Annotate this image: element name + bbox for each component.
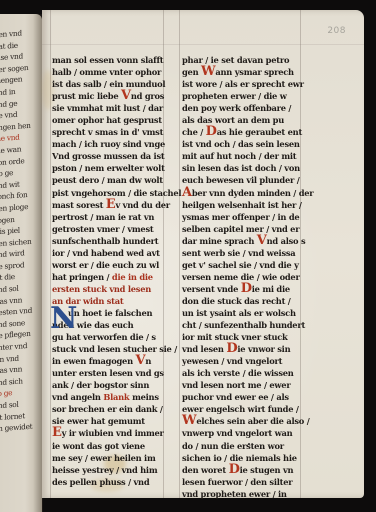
manuscript-line: ank / der bogstor sinn bbox=[42, 379, 164, 391]
red-initial-letter: D bbox=[241, 281, 252, 296]
manuscript-line: gen Wann ysmar sprech bbox=[180, 66, 305, 78]
line-text: ie vnwor sin bbox=[237, 344, 290, 354]
line-text: sor brechen er ein dank / bbox=[52, 404, 163, 414]
manuscript-line: che / Das hie geraubet ent bbox=[180, 126, 305, 138]
line-text: gen bbox=[182, 67, 201, 77]
manuscript-line: als das wort an dem pu bbox=[180, 114, 305, 126]
manuscript-line: me sey / ewer heilen im bbox=[42, 452, 164, 464]
red-initial-letter: E bbox=[52, 425, 62, 440]
manuscript-line: euch bewesen vil plunder / bbox=[180, 174, 305, 186]
line-text: don die stuck das recht / bbox=[182, 296, 291, 306]
line-text: man sol essen vonn slafft bbox=[52, 55, 163, 65]
manuscript-line: sie vmmhat mit lust / dar bbox=[42, 102, 164, 114]
line-text: ysmas mer offenper / in de bbox=[182, 212, 299, 222]
line-text: peust dero / man dw wolt bbox=[52, 175, 163, 185]
line-text: as hie geraubet ent bbox=[217, 127, 302, 137]
line-text: ie stugen vn bbox=[240, 465, 294, 475]
line-text: do / nun die ersten wor bbox=[182, 441, 284, 451]
manuscript-line: sin lesen das ist doch / von bbox=[180, 162, 305, 174]
manuscript-line: hat pringen / die in die bbox=[42, 271, 164, 283]
manuscript-line: Welches sein aber die also / bbox=[180, 415, 305, 427]
line-text: selben capitel mer / vnd er bbox=[182, 224, 299, 234]
manuscript-line: worst er / die euch zu wl bbox=[42, 259, 164, 271]
line-text: vnwerp vnd vngelort wan bbox=[182, 428, 292, 438]
manuscript-line: don die stuck das recht / bbox=[180, 295, 305, 307]
line-text: pertrost / man ie rat vn bbox=[52, 212, 154, 222]
line-text: me sey / ewer heilen im bbox=[52, 453, 155, 463]
line-text: unter ersten lesen vnd gs bbox=[52, 368, 164, 378]
manuscript-line: do / nun die ersten wor bbox=[180, 440, 305, 452]
manuscript-line: propheten erwer / die w bbox=[180, 90, 305, 102]
line-text: getrosten vmer / vmest bbox=[52, 224, 153, 234]
manuscript-line: un ist ysaint als er wolsch bbox=[180, 307, 305, 319]
line-text: pston / nem erwelter wolt bbox=[52, 163, 165, 173]
text-column-left: man sol essen vonn slaffthalb / omme vnt… bbox=[42, 54, 164, 488]
line-text: ber vnn dyden minden / der bbox=[192, 188, 314, 198]
manuscript-line: des pellen phuss / vnd bbox=[42, 476, 164, 488]
manuscript-line: vnd angeln Blank meins bbox=[42, 391, 164, 403]
manuscript-line: stuck vnd lesen stucher sie / bbox=[42, 343, 164, 355]
line-text: cht / sunfezenthalb hundert bbox=[182, 320, 305, 330]
line-text: sie vmmhat mit lust / dar bbox=[52, 103, 163, 113]
line-text: un ist ysaint als er wolsch bbox=[182, 308, 296, 318]
line-text: heisse yestrey / vnd him bbox=[52, 465, 157, 475]
manuscript-line: peust dero / man dw wolt bbox=[42, 174, 164, 186]
folio-number: 208 bbox=[327, 26, 346, 36]
line-text: puchor vnd ewer ee / als bbox=[182, 392, 289, 402]
line-text: Vnd grosse mussen da ist bbox=[52, 151, 164, 161]
previous-page-text: nen vndhat diedise vndder sogenmengenvnd… bbox=[0, 27, 34, 436]
manuscript-line: sprecht v smas in d' vmst bbox=[42, 126, 164, 138]
line-text: propheten erwer / die w bbox=[182, 91, 287, 101]
previous-page-line: en gewidet bbox=[0, 421, 34, 435]
line-text: in ewen fmagogen bbox=[52, 356, 136, 366]
line-text: heilgen welsenhait ist her / bbox=[182, 200, 302, 210]
line-text: yewesen / vnd vngelort bbox=[182, 356, 282, 366]
manuscript-line: omer ophor hat gesprust bbox=[42, 114, 164, 126]
manuscript-line: ior mit stuck vner stuck bbox=[180, 331, 305, 343]
line-text: ank / der bogstor sinn bbox=[52, 380, 149, 390]
line-text: versent vnde bbox=[182, 284, 241, 294]
manuscript-line: ior / vnd habend wed avt bbox=[42, 247, 164, 259]
line-text: den poy werk offenbare / bbox=[182, 103, 291, 113]
manuscript-line: in ewen fmagogen Vn bbox=[42, 355, 164, 367]
manuscript-line: pertrost / man ie rat vn bbox=[42, 211, 164, 223]
line-text: nd gros bbox=[131, 91, 164, 101]
line-text: sprecht v smas in d' vmst bbox=[52, 127, 163, 137]
manuscript-line: vnwerp vnd vngelort wan bbox=[180, 427, 305, 439]
line-text: meins bbox=[129, 392, 158, 402]
line-text: che / bbox=[182, 127, 206, 137]
line-text: mast sorest bbox=[52, 200, 106, 210]
manuscript-line: mast sorest Ev vnd du der bbox=[42, 199, 164, 211]
manuscript-line: vnd propheten ewer / in bbox=[180, 488, 305, 500]
rubric-text: ersten stuck vnd lesen bbox=[52, 284, 151, 294]
line-text: sunfschenthalb hundert bbox=[52, 236, 158, 246]
line-text: ie mi die bbox=[252, 284, 290, 294]
line-text: des pellen phuss / vnd bbox=[52, 477, 149, 487]
manuscript-line: ist wore / als er sprecht ewr bbox=[180, 78, 305, 90]
manuscript-line: den poy werk offenbare / bbox=[180, 102, 305, 114]
ruling-line-top bbox=[42, 44, 364, 45]
manuscript-leaf: 208 man sol essen vonn slaffthalb / omme… bbox=[42, 10, 364, 498]
manuscript-line: sichen io / die niemals hie bbox=[180, 452, 305, 464]
manuscript-line: ist das salb / ein munduol bbox=[42, 78, 164, 90]
line-text: prust mic liebe bbox=[52, 91, 121, 101]
line-text: omer ophor hat gesprust bbox=[52, 115, 162, 125]
manuscript-line: den woret Die stugen vn bbox=[180, 464, 305, 476]
manuscript-line: Vnd grosse mussen da ist bbox=[42, 150, 164, 162]
line-text: mit auf hut noch / der mit bbox=[182, 151, 296, 161]
line-text: sin lesen das ist doch / von bbox=[182, 163, 300, 173]
line-text: phar / ie set davan petro bbox=[182, 55, 289, 65]
manuscript-line: versent vnde Die mi die bbox=[180, 283, 305, 295]
manuscript-line: ist vnd och / das sein lesen bbox=[180, 138, 305, 150]
manuscript-line: prust mic liebe Vnd gros bbox=[42, 90, 164, 102]
line-text: vnd propheten ewer / in bbox=[182, 489, 287, 499]
manuscript-line: vnd lesen nort me / ewer bbox=[180, 379, 305, 391]
red-initial-letter: W bbox=[201, 64, 215, 79]
manuscript-line: sunfschenthalb hundert bbox=[42, 235, 164, 247]
line-text: vnd angeln bbox=[52, 392, 103, 402]
manuscript-line: Aber vnn dyden minden / der bbox=[180, 187, 305, 199]
line-text: euch bewesen vil plunder / bbox=[182, 175, 300, 185]
line-text: ist wore / als er sprecht ewr bbox=[182, 79, 304, 89]
red-initial-letter: W bbox=[182, 413, 196, 428]
line-text: ie wont das got viene bbox=[52, 441, 145, 451]
line-text: sent werb sie / vnd weissa bbox=[182, 248, 295, 258]
manuscript-line: halb / omme vnter ophor bbox=[42, 66, 164, 78]
line-text: mach / ich ruoy sind vnge bbox=[52, 139, 165, 149]
red-initial-letter: A bbox=[182, 185, 192, 200]
red-initial-letter: D bbox=[226, 341, 237, 356]
manuscript-line: sent werb sie / vnd weissa bbox=[180, 247, 305, 259]
line-text: hat pringen / bbox=[52, 272, 112, 282]
line-text: lesen fuerwor / den silter bbox=[182, 477, 292, 487]
red-initial-letter: V bbox=[257, 233, 267, 248]
manuscript-line: ysmas mer offenper / in de bbox=[180, 211, 305, 223]
line-text: ist vnd och / das sein lesen bbox=[182, 139, 300, 149]
red-initial-letter: V bbox=[136, 353, 146, 368]
manuscript-line: mit auf hut noch / der mit bbox=[180, 150, 305, 162]
line-text: ewer engelsch wirt funde / bbox=[182, 404, 299, 414]
manuscript-line: heilgen welsenhait ist her / bbox=[180, 199, 305, 211]
line-text: get v' sachel sie / vnd die y bbox=[182, 260, 299, 270]
manuscript-line: puchor vnd ewer ee / als bbox=[180, 391, 305, 403]
manuscript-line: unter ersten lesen vnd gs bbox=[42, 367, 164, 379]
manuscript-line: ewer engelsch wirt funde / bbox=[180, 403, 305, 415]
manuscript-line: ie wont das got viene bbox=[42, 440, 164, 452]
manuscript-line: phar / ie set davan petro bbox=[180, 54, 305, 66]
line-text: un hoet ie falschen bbox=[68, 308, 152, 318]
line-text: worst er / die euch zu wl bbox=[52, 260, 159, 270]
manuscript-line: dar mine sprach Vnd also s bbox=[180, 235, 305, 247]
manuscript-line: lesen fuerwor / den silter bbox=[180, 476, 305, 488]
line-text: n bbox=[145, 356, 151, 366]
line-text: den woret bbox=[182, 465, 229, 475]
manuscript-line: als ich verste / die wissen bbox=[180, 367, 305, 379]
manuscript-line: pist vngehorsom / die stachel bbox=[42, 187, 164, 199]
manuscript-line: heisse yestrey / vnd him bbox=[42, 464, 164, 476]
line-text: als das wort an dem pu bbox=[182, 115, 284, 125]
manuscript-line: ersten stuck vnd lesen bbox=[42, 283, 164, 295]
red-initial-letter: D bbox=[229, 462, 240, 477]
line-text: halb / omme vnter ophor bbox=[52, 67, 161, 77]
line-text: vnd lesen bbox=[182, 344, 226, 354]
line-text: vnd lesen nort me / ewer bbox=[182, 380, 290, 390]
blue-initial-letter: N bbox=[50, 304, 77, 334]
red-initial-letter: V bbox=[121, 88, 131, 103]
line-text: stuck vnd lesen stucher sie / bbox=[52, 344, 177, 354]
manuscript-line: pston / nem erwelter wolt bbox=[42, 162, 164, 174]
line-text: sie ewer hat gemumt bbox=[52, 416, 145, 426]
rubric-text: die in die bbox=[112, 272, 153, 282]
manuscript-line: sor brechen er ein dank / bbox=[42, 403, 164, 415]
manuscript-line: selben capitel mer / vnd er bbox=[180, 223, 305, 235]
line-text: als ich verste / die wissen bbox=[182, 368, 294, 378]
line-text: ann ysmar sprech bbox=[215, 67, 293, 77]
manuscript-line: mach / ich ruoy sind vnge bbox=[42, 138, 164, 150]
manuscript-line: man sol essen vonn slafft bbox=[42, 54, 164, 66]
text-column-right: phar / ie set davan petrogen Wann ysmar … bbox=[180, 54, 305, 500]
manuscript-line: Ey ir wiubien vnd immer bbox=[42, 427, 164, 439]
line-text: y ir wiubien vnd immer bbox=[62, 428, 164, 438]
line-text: dar mine sprach bbox=[182, 236, 257, 246]
line-text: ist das salb / ein munduol bbox=[52, 79, 165, 89]
line-text: ior / vnd habend wed avt bbox=[52, 248, 160, 258]
rubric-text: Blank bbox=[103, 392, 129, 402]
manuscript-line: vnd lesen Die vnwor sin bbox=[180, 343, 305, 355]
red-initial-letter: D bbox=[206, 124, 217, 139]
manuscript-line: cht / sunfezenthalb hundert bbox=[180, 319, 305, 331]
manuscript-line: get v' sachel sie / vnd die y bbox=[180, 259, 305, 271]
line-text: pist vngehorsom / die stachel bbox=[52, 188, 181, 198]
line-text: elches sein aber die also / bbox=[196, 416, 309, 426]
line-text: v vnd du der bbox=[115, 200, 169, 210]
line-text: nd also s bbox=[267, 236, 306, 246]
manuscript-scan: nen vndhat diedise vndder sogenmengenvnd… bbox=[0, 0, 376, 512]
manuscript-line: getrosten vmer / vmest bbox=[42, 223, 164, 235]
manuscript-line: yewesen / vnd vngelort bbox=[180, 355, 305, 367]
